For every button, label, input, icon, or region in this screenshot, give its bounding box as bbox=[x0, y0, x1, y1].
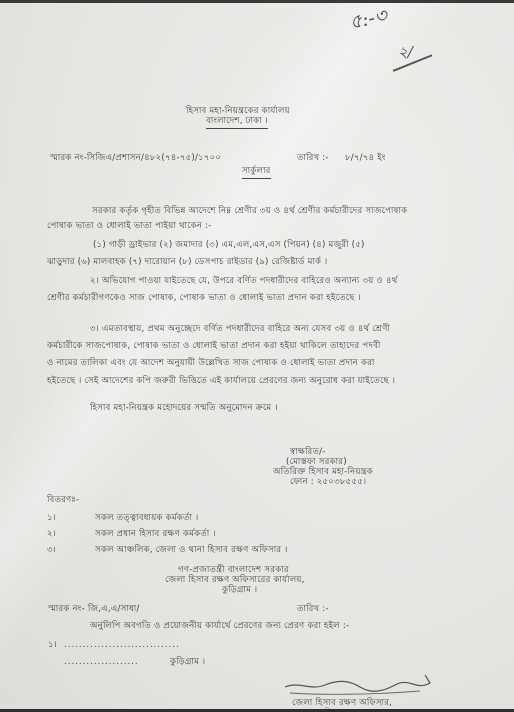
para2-line-1: ২। অভিযোগ পাওয়া যাইতেছে যে, উপরে বর্ণিত… bbox=[90, 276, 398, 287]
district-office-line-3: কুড়িগ্রাম । bbox=[222, 585, 257, 596]
forward-item-2-suffix: কুড়িগ্রাম । bbox=[170, 657, 205, 668]
distribution-item-text: সকল তত্ত্বাবধায়ক কর্মকর্তা । bbox=[95, 513, 198, 524]
list-line-2: ঝাড়ুদার (৬) মালবাহক (৭) দারোয়ান (৮) ডে… bbox=[47, 257, 327, 268]
forward-memo-instruction: অনুলিপি অবগতি ও প্রয়োজনীয় কার্যার্থে প… bbox=[90, 621, 349, 632]
list-line-1: (১) গাড়ী ড্রাইভার (২) জমাদার (৩) এম,এল,… bbox=[93, 240, 365, 251]
para3-line-3: ও নামের তালিকা এবং যে আদেশ অনুযায়ী উল্ল… bbox=[47, 358, 375, 369]
forward-item-1-number: ১। bbox=[48, 640, 57, 651]
intro-line-1: সরকার কর্তৃক গৃহীত বিভিন্ন আদেশে নিম্ন শ… bbox=[92, 206, 407, 217]
forward-memo-date-label: তারিখ :- bbox=[297, 604, 329, 615]
approval-line: হিসাব মহা-নিয়ন্ত্রক মহোদয়ের সম্মতি অনু… bbox=[90, 403, 278, 414]
distribution-item-number: ২। bbox=[47, 529, 56, 540]
forward-item-1-blank: ............................... bbox=[64, 640, 180, 651]
para3-line-2: কর্মচারীকে সাজপোষাক, পোষাক ভাতা ও ধোলাই … bbox=[47, 341, 381, 352]
forward-memo-reference: স্মারক নং- জি,এ,এ/সাধা/ bbox=[48, 604, 140, 615]
para2-line-2: শ্রেণীর কর্মচারীগণকেও সাজ পোষাক, পোষাক ভ… bbox=[47, 293, 361, 304]
distribution-heading: বিতরণঃ- bbox=[47, 495, 79, 506]
signatory-phone: ফোন : ২৫০৩৮৫৫৫। bbox=[290, 477, 366, 488]
memo-date-label: তারিখ :- bbox=[297, 153, 329, 164]
intro-line-2: পোষাক ভাতা ও ধোলাই ভাতা পাইয়া থাকেন :- bbox=[47, 221, 212, 232]
office-location: বাংলাদেশ, ঢাকা । bbox=[206, 116, 268, 129]
memo-date-value: ৮/৭/৭৪ ইং bbox=[345, 153, 386, 164]
distribution-item-text: সকল প্রধান হিসাব রক্ষণ কর্মকর্তা । bbox=[95, 529, 216, 540]
memo-reference: স্মারক নং-সিজিএ/প্রশাসন/৪৮২(৭৪-৭৫)/১৭০০ bbox=[50, 153, 221, 164]
distribution-item-number: ৩। bbox=[47, 545, 56, 556]
distribution-item-text: সকল আঞ্চলিক, জেলা ও থানা হিসাব রক্ষণ অফি… bbox=[95, 545, 288, 556]
para3-line-4: হইতেছে । সেই আদেশের কপি জরুরী ভিত্তিতে এ… bbox=[47, 376, 395, 387]
distribution-item-number: ১। bbox=[47, 513, 56, 524]
document-page: ৫:-৩ ২/ হিসাব মহা-নিয়ন্ত্রকের কার্যালয়… bbox=[0, 3, 514, 709]
memo-title: সার্কুলার bbox=[242, 166, 271, 179]
forward-item-2-blank: .................... bbox=[64, 657, 139, 668]
handwritten-number: ৫:-৩ bbox=[347, 1, 390, 40]
para3-line-1: ৩। এমতাবস্থায়, প্রথম অনুচ্ছেদে বর্ণিত প… bbox=[90, 324, 390, 335]
